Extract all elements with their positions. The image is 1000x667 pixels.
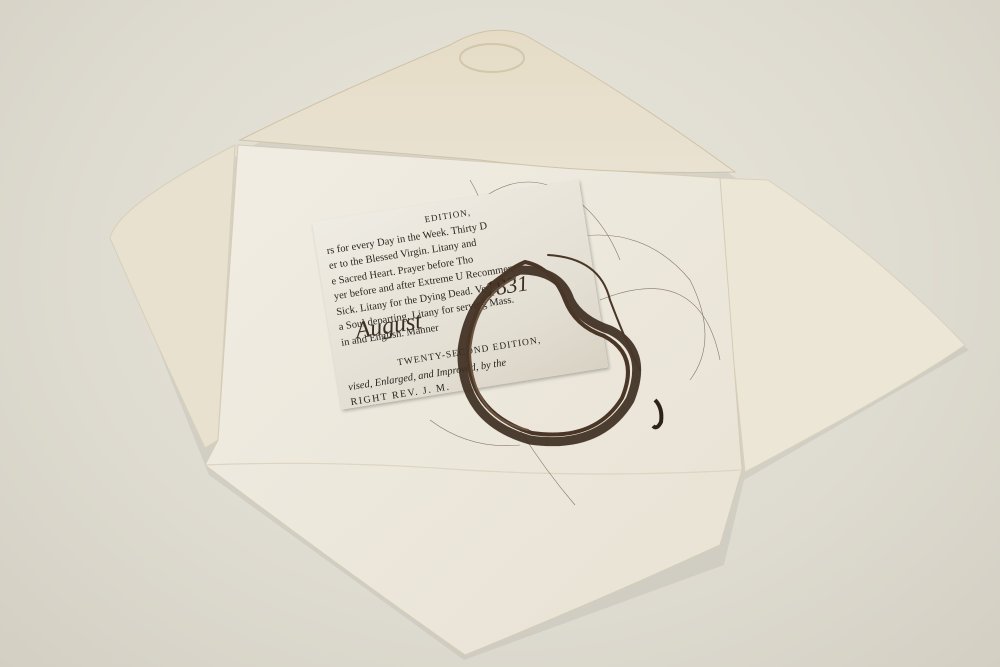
handwritten-year: 1831 [483,275,529,297]
printed-paper-scrap: EDITION, rs for every Day in the Week. T… [312,180,608,410]
envelope-left-flap [110,145,235,448]
photo-scene: EDITION, rs for every Day in the Week. T… [0,0,1000,667]
envelope-right-flap [715,178,965,472]
